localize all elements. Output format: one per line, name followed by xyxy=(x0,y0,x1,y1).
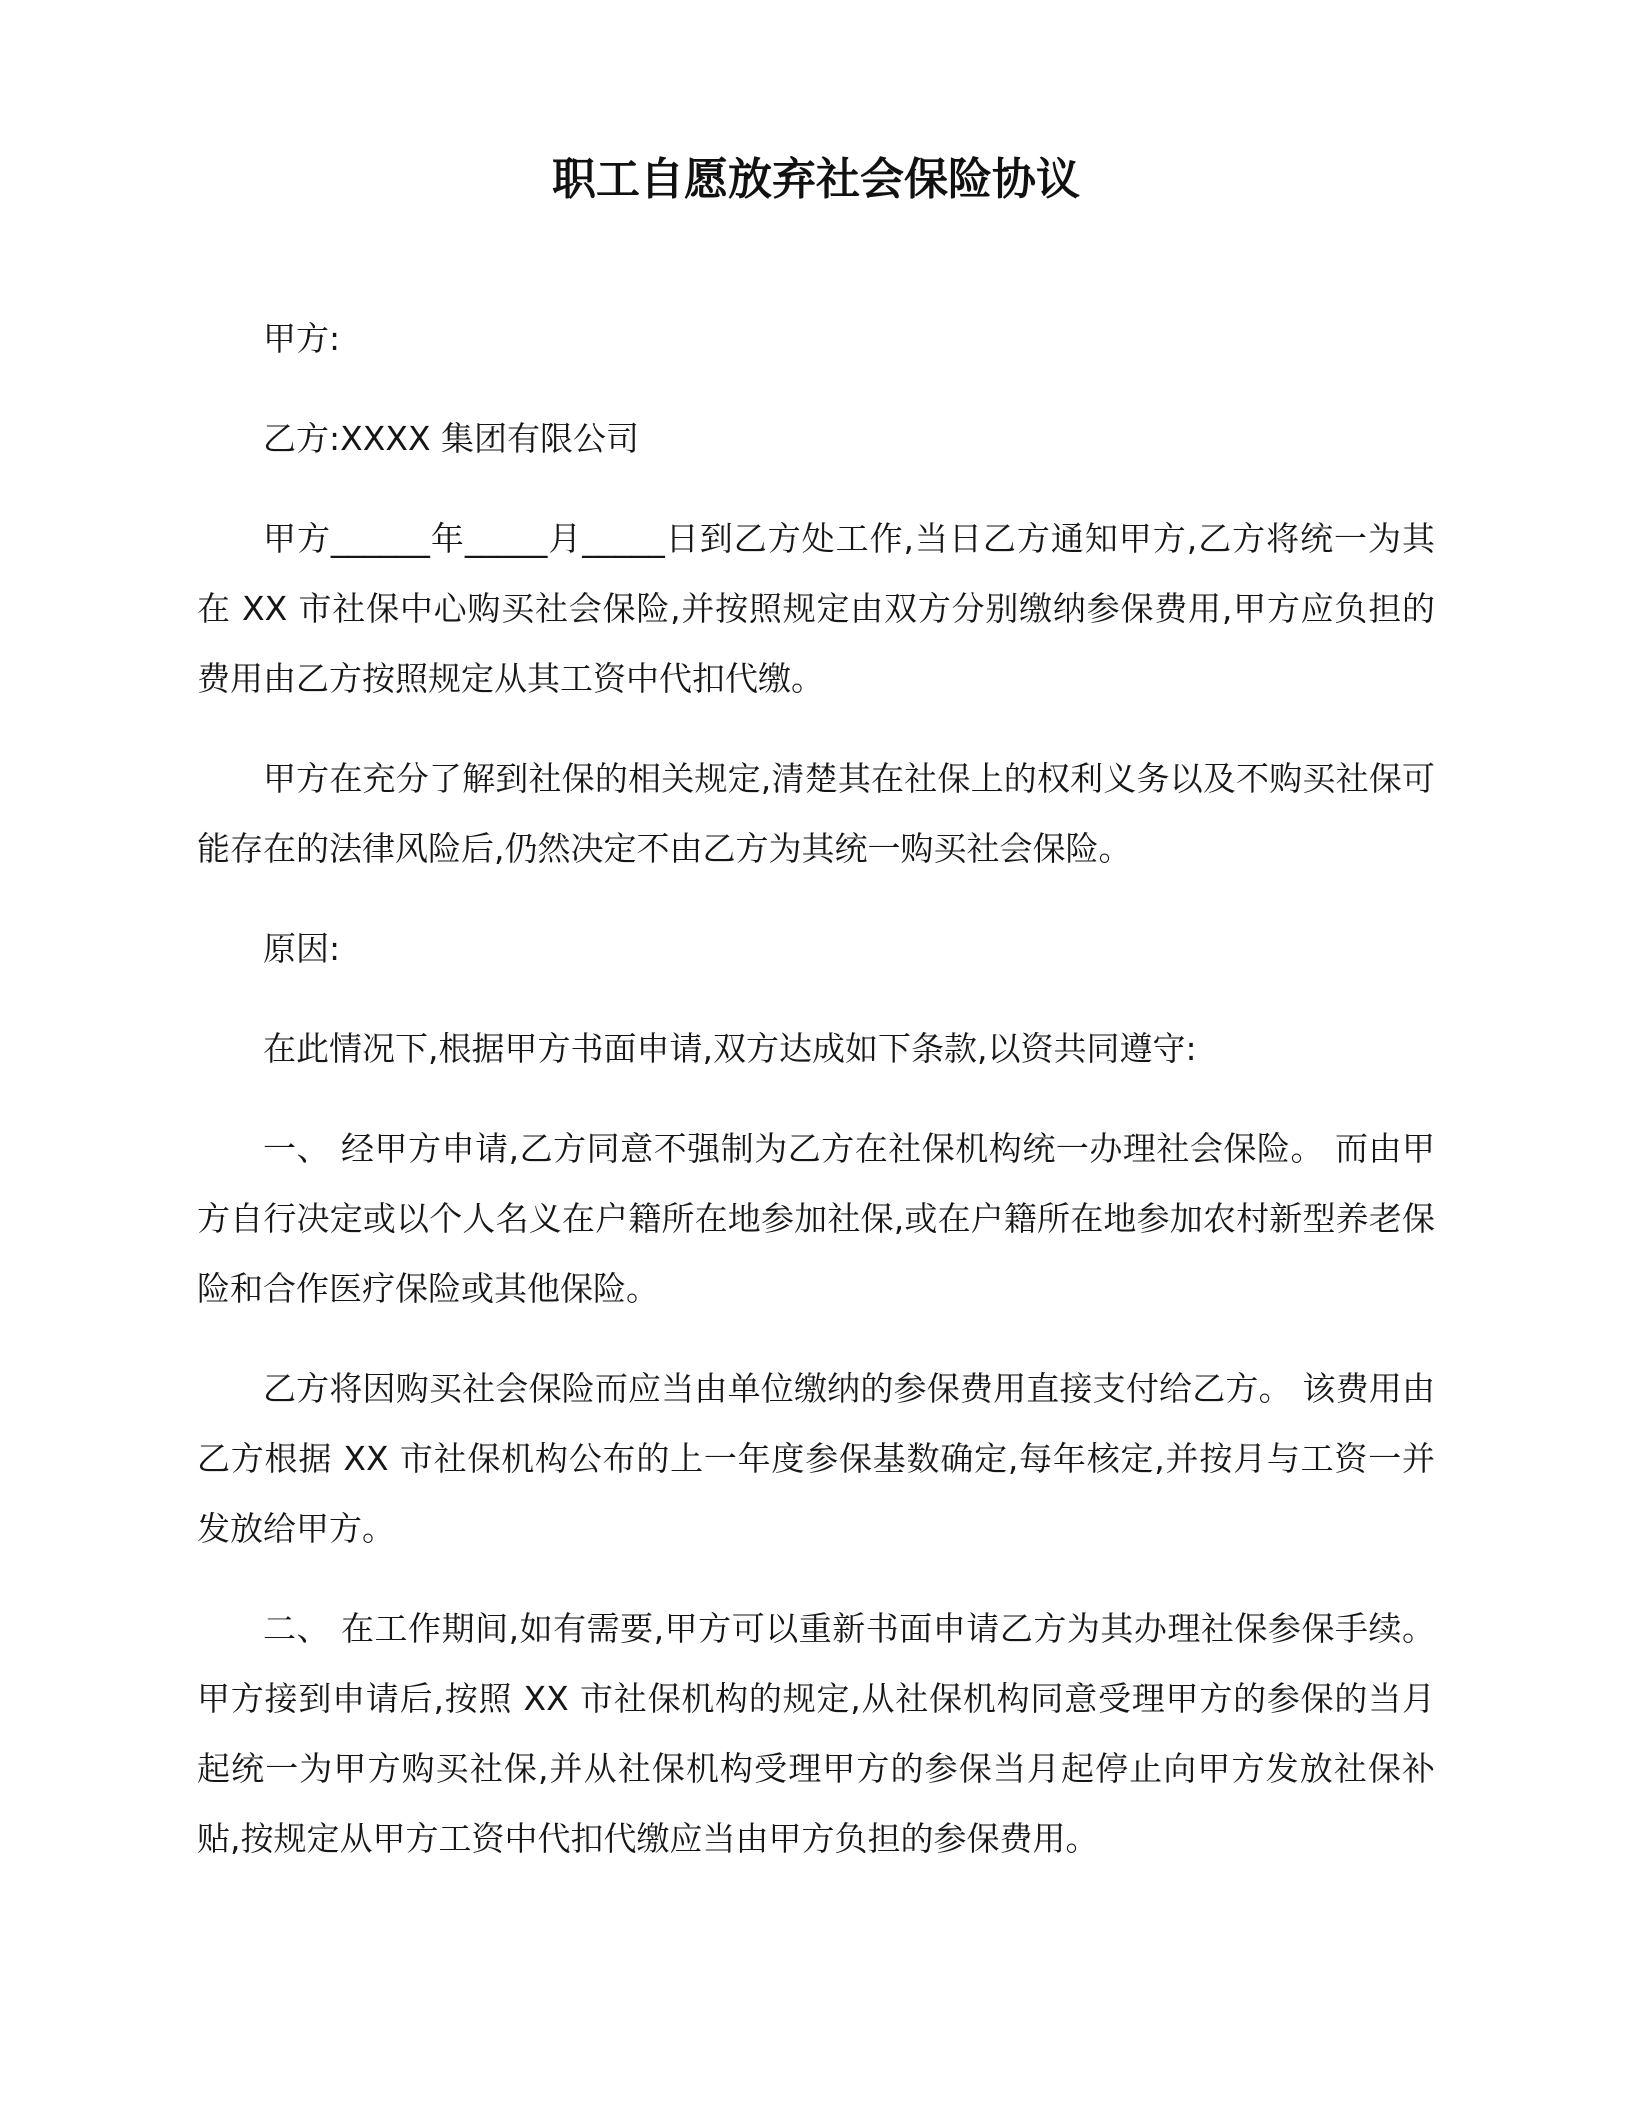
clause-two: 二、 在工作期间,如有需要,甲方可以重新书面申请乙方为其办理社保参保手续。 甲方… xyxy=(197,1594,1435,1874)
document-page: 职工自愿放弃社会保险协议 甲方: 乙方:XXXX 集团有限公司 甲方______… xyxy=(0,0,1632,2112)
document-title: 职工自愿放弃社会保险协议 xyxy=(197,150,1435,209)
party-a-line: 甲方: xyxy=(197,304,1435,374)
fee-payment-clause: 乙方将因购买社会保险而应当由单位缴纳的参保费用直接支付给乙方。 该费用由乙方根据… xyxy=(197,1354,1435,1564)
clause-one: 一、 经甲方申请,乙方同意不强制为乙方在社保机构统一办理社会保险。 而由甲方自行… xyxy=(197,1114,1435,1324)
party-b-line: 乙方:XXXX 集团有限公司 xyxy=(197,404,1435,474)
work-start-clause: 甲方______年_____月_____日到乙方处工作,当日乙方通知甲方,乙方将… xyxy=(197,504,1435,714)
reason-line: 原因: xyxy=(197,914,1435,984)
awareness-clause: 甲方在充分了解到社保的相关规定,清楚其在社保上的权利义务以及不购买社保可能存在的… xyxy=(197,744,1435,884)
agreement-intro: 在此情况下,根据甲方书面申请,双方达成如下条款,以资共同遵守: xyxy=(197,1014,1435,1084)
